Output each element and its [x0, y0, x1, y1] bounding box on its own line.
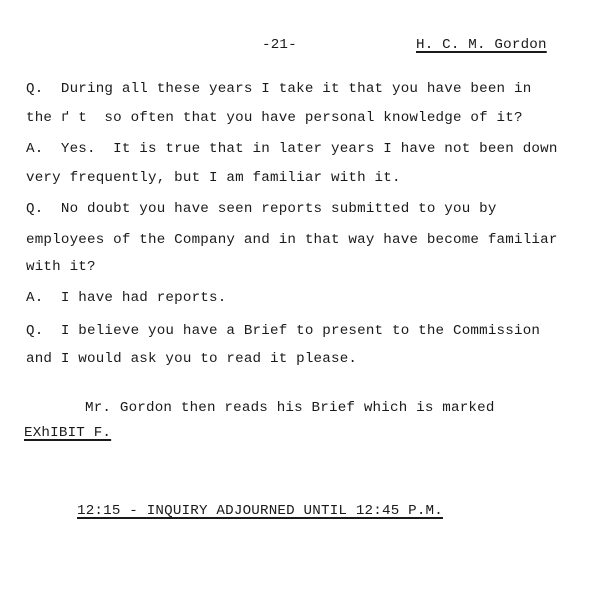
- transcript-line: A. I have had reports.: [26, 290, 226, 306]
- transcript-line: very frequently, but I am familiar with …: [26, 170, 401, 186]
- narration-line: Mr. Gordon then reads his Brief which is…: [85, 400, 495, 416]
- document-page: -21- H. C. M. Gordon Q. During all these…: [0, 0, 605, 590]
- page-number: -21-: [262, 37, 297, 53]
- transcript-line: with it?: [26, 259, 96, 275]
- transcript-line: and I would ask you to read it please.: [26, 351, 357, 367]
- transcript-line: Q. No doubt you have seen reports submit…: [26, 201, 497, 217]
- transcript-line: Q. During all these years I take it that…: [26, 81, 531, 97]
- transcript-line: the ґ t so often that you have personal …: [26, 110, 523, 126]
- witness-name: H. C. M. Gordon: [416, 37, 547, 53]
- exhibit-label: EXhIBIT F.: [24, 425, 111, 441]
- transcript-line: A. Yes. It is true that in later years I…: [26, 141, 558, 157]
- transcript-line: Q. I believe you have a Brief to present…: [26, 323, 540, 339]
- transcript-line: employees of the Company and in that way…: [26, 232, 558, 248]
- adjournment-notice: 12:15 - INQUIRY ADJOURNED UNTIL 12:45 P.…: [77, 503, 443, 519]
